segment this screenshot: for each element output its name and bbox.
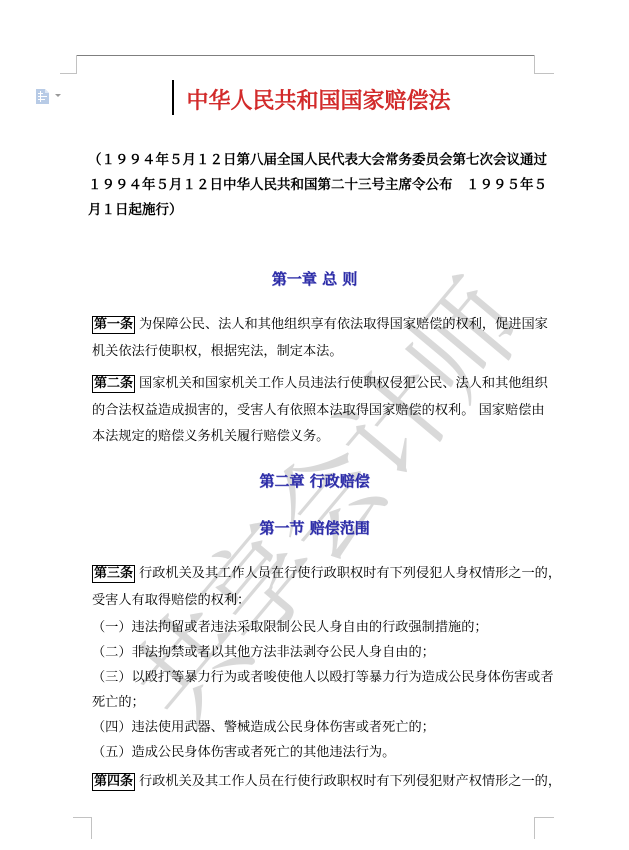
article-text: 为保障公民、法人和其他组织享有依法取得国家赔偿的权利，促进国家 <box>139 317 548 332</box>
article-label: 第三条 <box>92 565 135 583</box>
article-1[interactable]: 第一条为保障公民、法人和其他组织享有依法取得国家赔偿的权利，促进国家 机关依法行… <box>92 312 547 365</box>
chapter-1-heading[interactable]: 第一章 总 则 <box>0 268 629 289</box>
article-line: 第四条行政机关及其工作人员在行使行政职权时有下列侵犯财产权情形之一的， <box>92 769 547 796</box>
article-label: 第二条 <box>92 375 135 393</box>
preamble-line: 月１日起施行） <box>88 198 548 223</box>
article-4[interactable]: 第四条行政机关及其工作人员在行使行政职权时有下列侵犯财产权情形之一的， <box>92 769 547 796</box>
chapter-2-heading[interactable]: 第二章 行政赔偿 <box>0 470 629 491</box>
article-label: 第四条 <box>92 773 135 791</box>
article-text: 国家机关和国家机关工作人员违法行使职权侵犯公民、法人和其他组织 <box>139 376 548 391</box>
list-item: （二）非法拘禁或者以其他方法非法剥夺公民人身自由的； <box>92 640 547 665</box>
preamble[interactable]: （１９９４年５月１２日第八届全国人民代表大会常务委员会第七次会议通过 １９９４年… <box>88 148 548 223</box>
section-1-heading[interactable]: 第一节 赔偿范围 <box>0 517 629 538</box>
preamble-line: （１９９４年５月１２日第八届全国人民代表大会常务委员会第七次会议通过 <box>88 148 548 173</box>
list-item: （三）以殴打等暴力行为或者唆使他人以殴打等暴力行为造成公民身体伤害或者 <box>92 665 547 690</box>
list-item: 死亡的； <box>92 690 547 715</box>
article-line: 第二条国家机关和国家机关工作人员违法行使职权侵犯公民、法人和其他组织 <box>92 371 547 398</box>
article-line: 第三条行政机关及其工作人员在行使行政职权时有下列侵犯人身权情形之一的， <box>92 561 547 588</box>
document-title[interactable]: 中华人民共和国国家赔偿法 <box>0 84 629 115</box>
article-label: 第一条 <box>92 316 135 334</box>
article-line: 机关依法行使职权，根据宪法，制定本法。 <box>92 339 547 366</box>
preamble-line: １９９４年５月１２日中华人民共和国第二十三号主席令公布 １９９５年５ <box>88 173 548 198</box>
document-page: 中华人民共和国国家赔偿法 （１９９４年５月１２日第八届全国人民代表大会常务委员会… <box>0 0 629 850</box>
list-item: （一）违法拘留或者违法采取限制公民人身自由的行政强制措施的； <box>92 615 547 640</box>
article-line: 受害人有取得赔偿的权利： <box>92 588 547 615</box>
article-text: 行政机关及其工作人员在行使行政职权时有下列侵犯人身权情形之一的， <box>139 566 561 581</box>
article-3[interactable]: 第三条行政机关及其工作人员在行使行政职权时有下列侵犯人身权情形之一的， 受害人有… <box>92 561 547 765</box>
article-line: 的合法权益造成损害的，受害人有依照本法取得国家赔偿的权利。 国家赔偿由 <box>92 398 547 425</box>
list-item: （五）造成公民身体伤害或者死亡的其他违法行为。 <box>92 740 547 765</box>
article-2[interactable]: 第二条国家机关和国家机关工作人员违法行使职权侵犯公民、法人和其他组织 的合法权益… <box>92 371 547 451</box>
article-text: 行政机关及其工作人员在行使行政职权时有下列侵犯财产权情形之一的， <box>139 774 561 789</box>
article-line: 第一条为保障公民、法人和其他组织享有依法取得国家赔偿的权利，促进国家 <box>92 312 547 339</box>
article-line: 本法规定的赔偿义务机关履行赔偿义务。 <box>92 424 547 451</box>
list-item: （四）违法使用武器、警械造成公民身体伤害或者死亡的； <box>92 715 547 740</box>
